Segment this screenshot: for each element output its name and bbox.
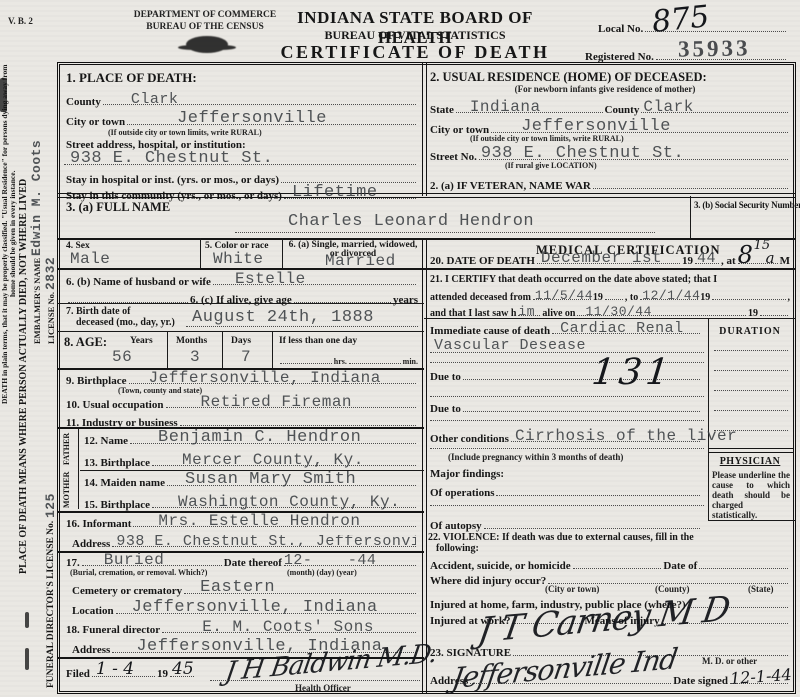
due-to-line-2 [463,400,700,412]
age-cell-divider [272,331,273,368]
filed-label: Filed [66,668,90,680]
filed-date-line: 1 - 4 [92,665,155,677]
due-code-value: 131 [590,352,675,393]
informant-address-value: 938 E. Chestnut St., Jeffersonville [116,535,416,547]
funeral-director-label: 18. Funeral director [66,624,160,636]
disposal-method-value: Buried [104,551,165,569]
residence-street-note: (If rural give LOCATION) [505,161,597,170]
cause-1-value: Cardiac Renal [560,320,684,337]
date-of-label: Date of [663,560,697,572]
director-license-no: 125 [43,494,58,519]
spouse-line: Estelle [213,273,416,285]
local-no-value: 875 [650,0,711,40]
cell-divider [282,238,283,268]
rule [57,303,424,304]
blank-line [712,288,785,300]
embalmer-name: Edwin M. Coots [29,139,44,255]
cemetery-location-line: Jeffersonville, Indiana [116,602,416,614]
attended-from-line: 11/5/44 [533,288,591,300]
rule [57,238,796,240]
date-of-line [699,557,788,569]
mother-name-label: 14. Maiden name [84,477,165,489]
full-name-line [235,232,655,233]
him-value: im [518,304,535,319]
physician-title: PHYSICIAN [710,456,790,467]
to-label: , to [625,292,638,303]
stay-community-line: Lifetime [284,187,416,199]
disposal-date-year: -44 [348,552,377,569]
ssn-divider [690,196,691,238]
physician-address-label: Address [430,675,468,687]
residence-city-line: Jeffersonville [491,121,788,133]
mother-birthplace-label: 15. Birthplace [84,499,150,511]
father-birthplace-line: Mercer County, Ky. [152,454,416,466]
date-of-death-line: December 1st [537,252,680,264]
birthdate-label-2: deceased (mo., day, yr.) [76,317,175,328]
dept-line1: DEPARTMENT OF COMMERCE [130,10,280,20]
father-birthplace-label: 13. Birthplace [84,457,150,469]
birthdate-value: August 24th, 1888 [192,308,374,327]
filed-year-value: 45 [172,659,194,679]
sex-value: Male [70,250,110,268]
birthplace-note: (Town, county and state) [118,386,202,395]
city-label: City or town [66,116,125,128]
full-name-value: Charles Leonard Hendron [288,212,534,231]
other-conditions-line: Cirrhosis of the liver [511,430,700,442]
sidebar-director-line: FUNERAL DIRECTOR'S LICENSE No. 125 [43,352,56,688]
ssn-label: 3. (b) Social Security Number [694,200,800,210]
marital-value: Married [325,252,396,270]
duration-label: DURATION [710,326,790,337]
disposal-method-line: Buried [82,554,222,566]
last-saw-value: 11/30/44 [585,304,651,319]
due-to-line-2b [430,420,704,421]
attended-label: attended deceased from [430,292,531,303]
hrs-line [280,352,332,364]
physician-address-line [470,672,671,684]
alive-age-suffix: years [393,294,418,306]
dod-year-line: 44 [695,252,719,264]
blank-line [760,304,788,316]
county-label: County [66,96,101,108]
residence-street-label: Street No. [430,151,477,163]
duration-line [714,350,788,351]
age-cell-divider [222,331,223,368]
birthdate-line [186,326,418,327]
state-label: State [430,104,454,116]
rule [424,318,796,319]
him-line: im [518,304,540,316]
dept-line2: BUREAU OF THE CENSUS [130,22,280,32]
registered-no-value: 35933 [678,35,751,62]
embalmer-label: EMBALMER'S NAME [32,258,42,344]
father-name-line: Benjamin C. Hendron [130,432,416,444]
operations-line [496,484,700,496]
date-signed-value: 12-1-44 [729,665,792,688]
death-certificate-scan: V. B. 2 DEPARTMENT OF COMMERCE BUREAU OF… [0,0,800,697]
where-injury-line [548,572,788,584]
duration-line [714,390,788,391]
age-years-value: 56 [112,348,132,366]
where-injury-label: Where did injury occur? [430,575,546,587]
age-months-label: Months [176,336,207,346]
sidebar-embalmer-block: EMBALMER'S NAME Edwin M. Coots LICENSE N… [30,64,56,344]
cemetery-line: Eastern [184,582,416,594]
occupation-label: 10. Usual occupation [66,399,164,411]
age-days-value: 7 [241,348,251,366]
spouse-label: 6. (b) Name of husband or wife [66,276,211,288]
dod-year-prefix: 19 [682,255,693,267]
race-value: White [213,250,264,268]
disposal-date-label: Date thereof [224,557,282,569]
dod-m-label: M [780,255,790,267]
cause-line: Cardiac Renal [552,322,700,334]
age-label: 8. AGE: [64,335,107,350]
certify-line1: 21. I CERTIFY that death occurred on the… [430,274,717,285]
attended-to-line: 12/1/44 [640,288,698,300]
other-conditions-label: Other conditions [430,433,509,445]
state-line: Indiana [456,101,603,113]
stay-hospital-label: Stay in hospital or inst. (yrs. or mos.,… [66,174,279,186]
major-findings-label: Major findings: [430,468,504,480]
filed-year-line: 45 [170,665,194,677]
local-no-label: Local No. [598,23,643,35]
health-officer-line [210,680,420,681]
street-value: 938 E. Chestnut St. [70,149,273,168]
physician-note: Please underline the cause to which deat… [712,470,790,520]
father-name-label: 12. Name [84,435,128,447]
census-seal-icon [186,36,228,53]
operations-label: Of operations [430,487,494,499]
min-line [349,352,401,364]
birthplace-line: Jeffersonville, Indiana [129,372,417,384]
stay-hospital-line [281,171,416,183]
injury-note-city: (City or town) [545,584,599,594]
license-no: 2832 [43,257,58,290]
age-cell-divider [167,331,168,368]
place-of-death-title: 1. PLACE OF DEATH: [66,70,197,86]
cause-label: Immediate cause of death [430,325,550,337]
attended-to-value: 12/1/44 [642,288,700,303]
rule [57,331,424,332]
county-line: Clark [103,93,416,105]
injury-note-state: (State) [748,584,774,594]
column-divider [422,238,427,694]
industry-line [180,414,416,426]
date-of-death-value: December 1st [541,249,662,267]
informant-address-label: Address [72,538,110,550]
dod-hour: 8 [738,241,753,269]
due-to-label-1: Due to [430,371,461,383]
residence-city-note: (If outside city or town limits, write R… [470,134,624,143]
disposal-date-note: (month) (day) (year) [287,568,357,577]
cell-divider [200,238,201,268]
violence-title-2: following: [436,543,479,554]
spouse-value: Estelle [235,270,306,288]
form-code: V. B. 2 [8,16,33,26]
dod-ampm: a [766,249,775,267]
filed-year-prefix: 19 [157,668,168,680]
alive-age-lead-line [68,291,188,303]
last-saw-line: 11/30/44 [577,304,746,316]
director-label: FUNERAL DIRECTOR'S LICENSE No. [46,521,56,688]
usual-residence-title: 2. USUAL RESIDENCE (HOME) OF DECEASED: [430,70,707,85]
dod-time-line: 8 15 a [738,252,778,264]
rule [708,520,796,521]
rule [708,448,793,453]
full-name-label: 3. (a) FULL NAME [66,200,170,215]
informant-label: 16. Informant [66,518,131,530]
father-group-label: FATHER [62,430,74,468]
alive-age-label: 6. (c) If alive, give age [190,294,292,306]
cemetery-label: Cemetery or crematory [72,585,182,597]
duration-box-border [708,318,709,520]
veteran-line [593,177,788,189]
veteran-label: 2. (a) IF VETERAN, NAME WAR [430,180,591,192]
accident-line [573,557,662,569]
accident-label: Accident, suicide, or homicide [430,560,571,572]
birthplace-value: Jeffersonville, Indiana [149,369,381,387]
signature-note: M. D. or other [702,656,757,666]
dod-at-label: , at [721,255,736,267]
cemetery-location-label: Location [72,605,114,617]
residence-county-line: Clark [641,101,788,113]
occupation-line: Retired Fireman [166,396,417,408]
operations-line-2 [430,505,704,506]
license-label: LICENSE No. [46,292,56,344]
age-days-label: Days [231,336,251,346]
residence-street-line: 938 E. Chestnut St. [479,148,788,160]
informant-line: Mrs. Estelle Hendron [133,515,416,527]
alive-age-line [294,291,391,303]
disposal-method-note: (Burial, cremation, or removal. Which?) [70,568,207,577]
rule [57,268,796,270]
age-years-label: Years [130,336,153,346]
state-value: Indiana [470,98,541,116]
column-divider [422,62,427,196]
parent-bracket [78,429,79,509]
city-note: (If outside city or town limits, write R… [108,128,262,137]
duration-line [714,410,788,411]
city-line: Jeffersonville [127,113,416,125]
residence-county-label: County [605,104,640,116]
mother-name-value: Susan Mary Smith [185,470,356,489]
funeral-address-label: Address [72,644,110,656]
occupation-value: Retired Fireman [201,393,353,411]
pregnancy-note: (Include pregnancy within 3 months of de… [448,452,623,462]
bureau-subtitle: BUREAU OF VITAL STATISTICS [280,28,550,43]
filed-date-value: 1 - 4 [96,659,134,679]
autopsy-line [484,517,700,529]
date-of-death-label: 20. DATE OF DEATH [430,255,535,267]
blank-line [605,288,623,300]
comma: , [788,292,791,303]
duration-line [714,370,788,371]
county-value: Clark [131,91,179,108]
mother-group-label: MOTHER [62,470,74,510]
date-signed-label: Date signed [673,675,728,687]
autopsy-label: Of autopsy [430,520,482,532]
other-conditions-value: Cirrhosis of the liver [515,427,737,445]
informant-address-line: 938 E. Chestnut St., Jeffersonville [112,535,416,547]
due-to-line-1b [430,396,704,397]
due-to-label-2: Due to [430,403,461,415]
age-months-value: 3 [190,348,200,366]
informant-value: Mrs. Estelle Hendron [158,512,360,530]
license-line: LICENSE No. 2832 [44,64,58,344]
father-name-value: Benjamin C. Hendron [158,428,361,447]
min-label: min. [403,357,418,366]
mother-birthplace-line: Washington County, Ky. [152,496,416,508]
embalmer-line: EMBALMER'S NAME Edwin M. Coots [30,64,44,344]
mother-birthplace-value: Washington County, Ky. [178,493,400,511]
stay-community-value: Lifetime [292,183,378,202]
city-value: Jeffersonville [177,109,327,128]
father-birthplace-value: Mercer County, Ky. [182,451,364,469]
violence-title-1: 22. VIOLENCE: If death was due to extern… [428,532,694,543]
mother-name-line: Susan Mary Smith [167,474,416,486]
disposal-date-line: 12--44 [284,554,416,566]
attended-from-value: 11/5/44 [535,288,593,303]
funeral-director-line: E. M. Coots' Sons [162,621,416,633]
hrs-label: hrs. [334,357,347,366]
nineteen-2: 19 [700,292,710,303]
street-line: 938 E. Chestnut St. [64,153,416,165]
cemetery-value: Eastern [200,578,275,597]
nineteen-1: 19 [593,292,603,303]
health-officer-label: Health Officer [295,683,351,693]
certificate-title: CERTIFICATE OF DEATH [280,42,550,63]
other-conditions-line-2 [430,448,704,449]
dod-year-value: 44 [697,250,716,267]
funeral-director-value: E. M. Coots' Sons [202,618,374,636]
residence-county-value: Clark [643,98,694,116]
sidebar-note-small: DEATH in plain terms, that it may be pro… [1,64,18,404]
cemetery-location-value: Jeffersonville, Indiana [132,598,378,617]
usual-residence-subtitle: (For newborn infants give residence of m… [440,84,770,94]
birthdate-label-1: 7. Birth date of [66,306,130,317]
date-signed-line: 12-1-44 [730,672,788,684]
age-less-label: If less than one day [279,336,357,346]
disposal-date-month: 12- [284,552,313,569]
